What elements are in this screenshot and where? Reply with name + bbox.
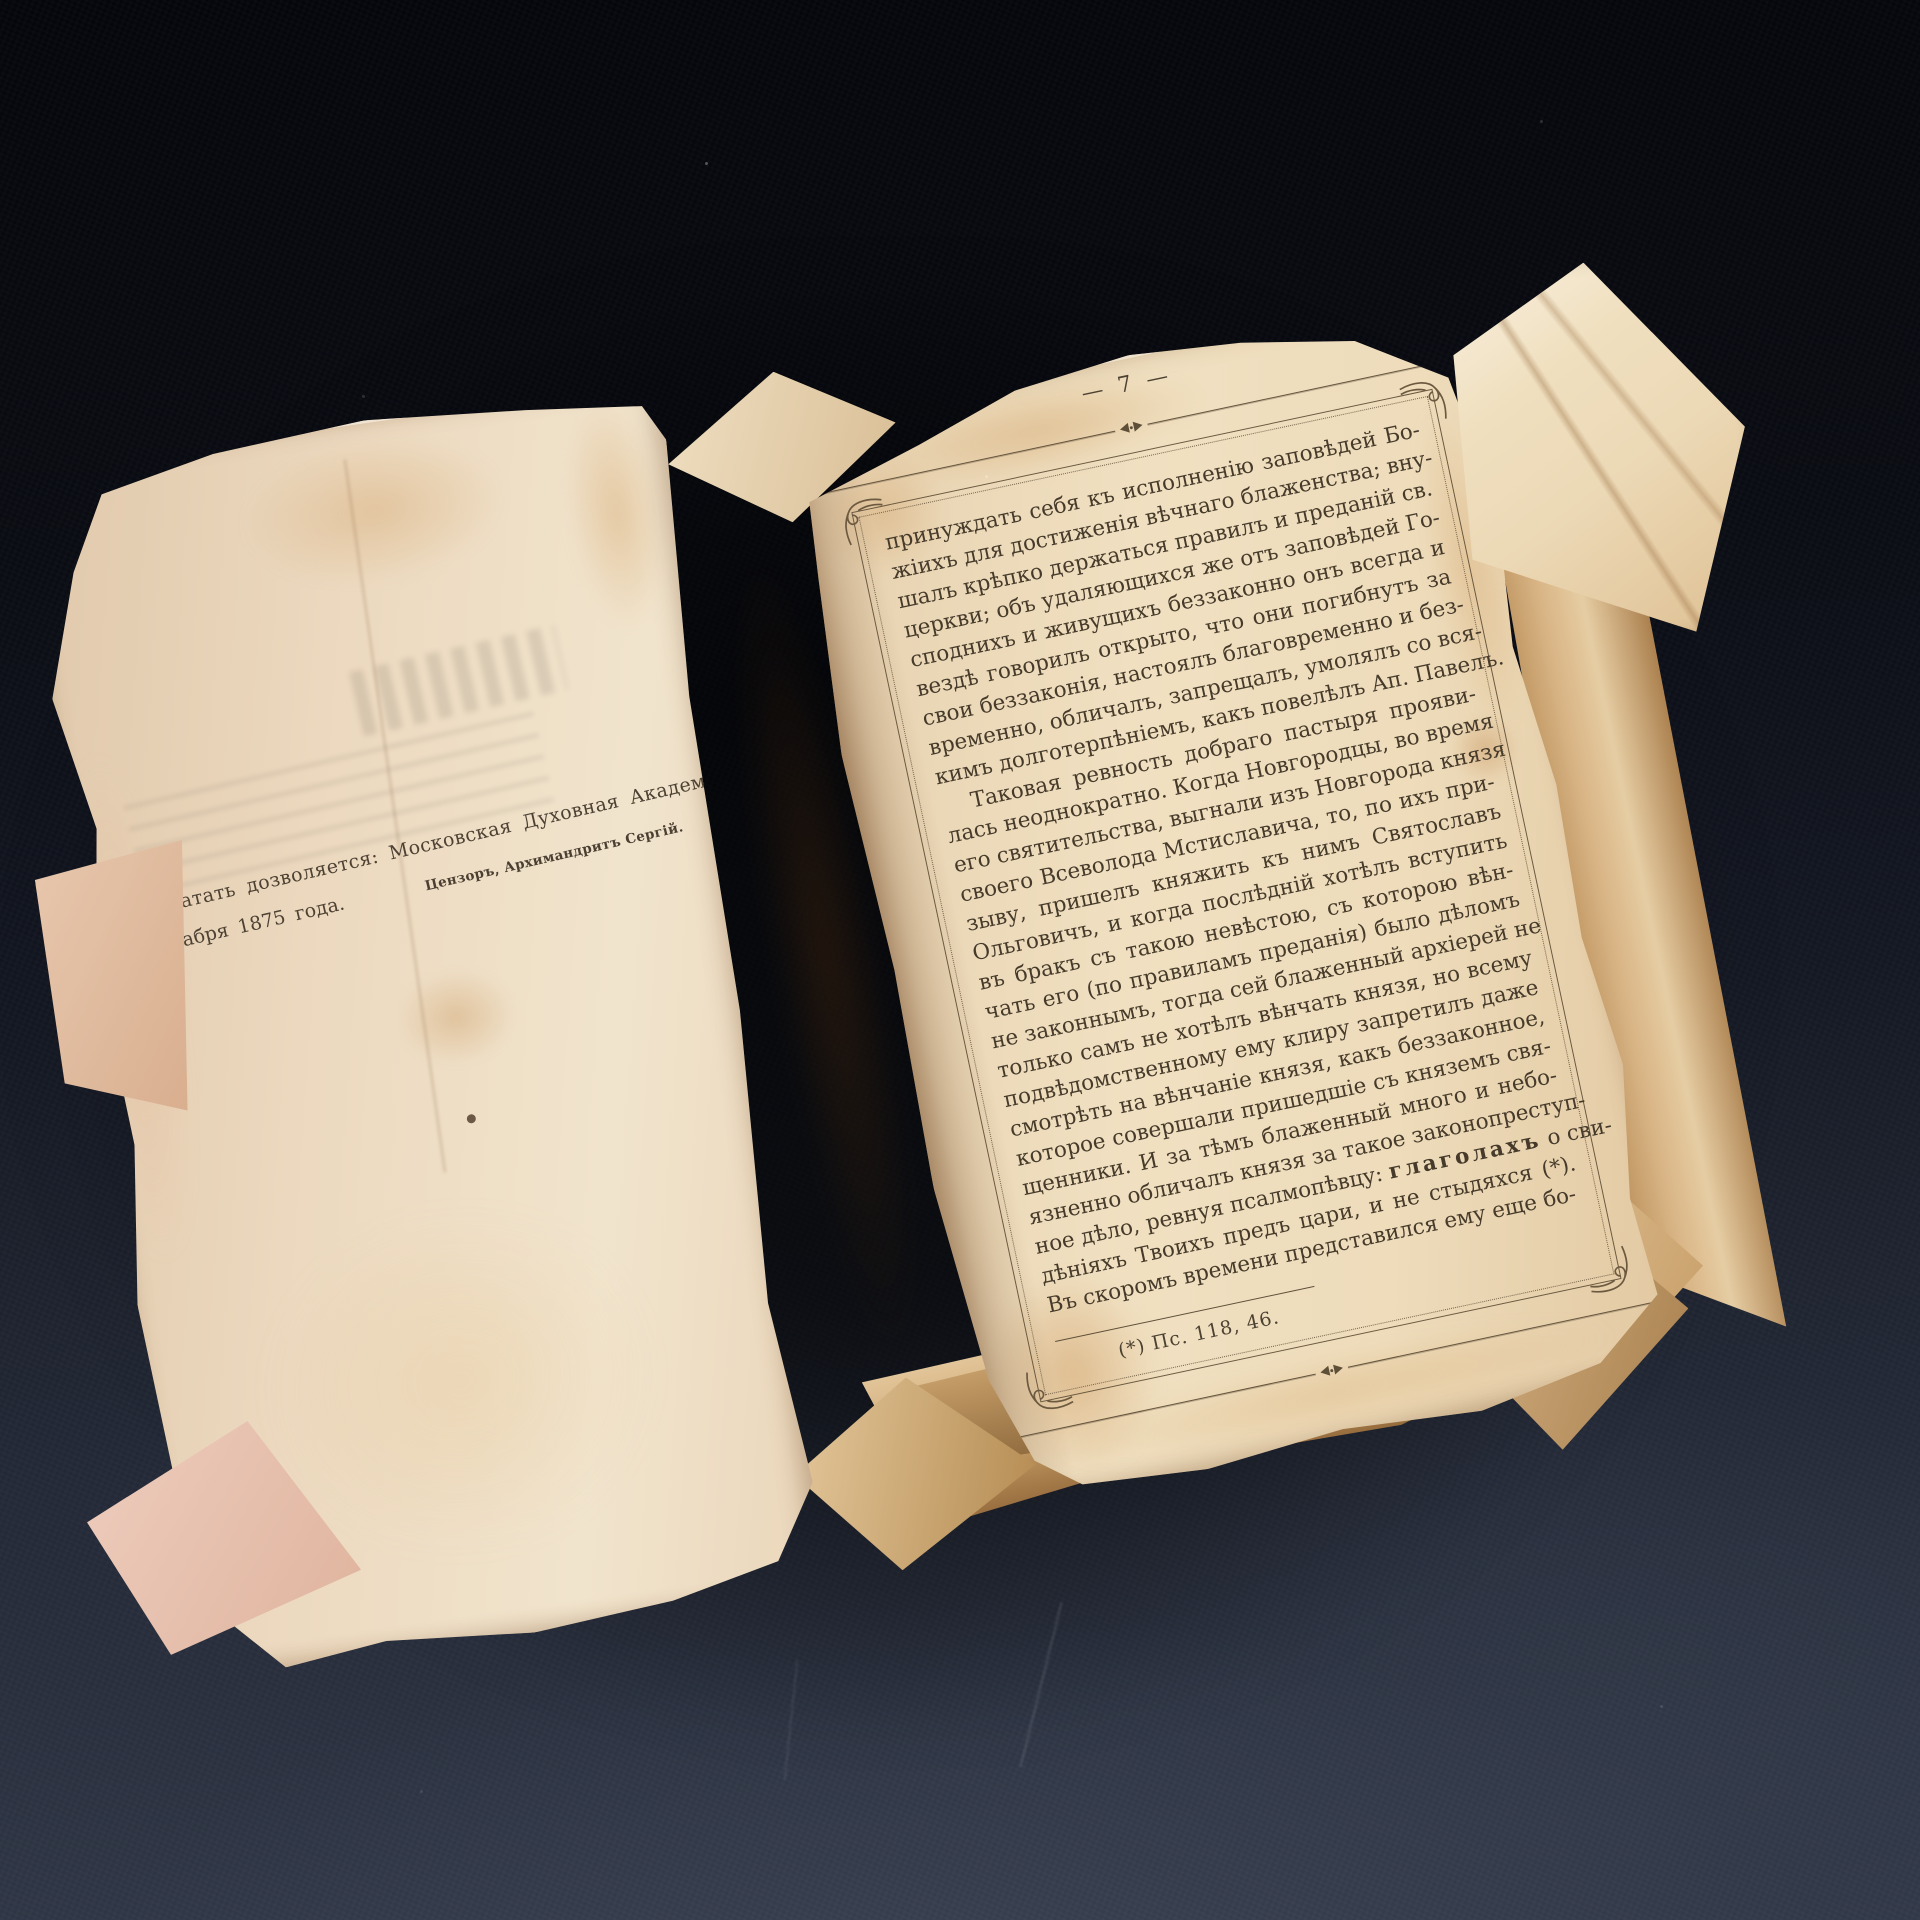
- dust-speck: [705, 162, 708, 165]
- corner-flourish-icon: [1582, 1244, 1637, 1299]
- ink-spot: [466, 1114, 476, 1124]
- photo-old-book-scene: Печатать дозволяется: Московская Духовна…: [0, 0, 1920, 1920]
- dust-speck: [1660, 1705, 1663, 1708]
- stain: [230, 418, 518, 604]
- stain: [390, 961, 522, 1073]
- dust-speck: [362, 395, 365, 398]
- footnote: (*) Пс. 118, 46.: [1116, 1306, 1281, 1362]
- corner-flourish-icon: [836, 493, 891, 548]
- dust-speck: [1540, 120, 1543, 123]
- bleed-through-text-ghost: [349, 625, 568, 737]
- corner-flourish-icon: [1021, 1363, 1076, 1418]
- dust-speck: [985, 475, 988, 478]
- dust-speck: [420, 1790, 423, 1793]
